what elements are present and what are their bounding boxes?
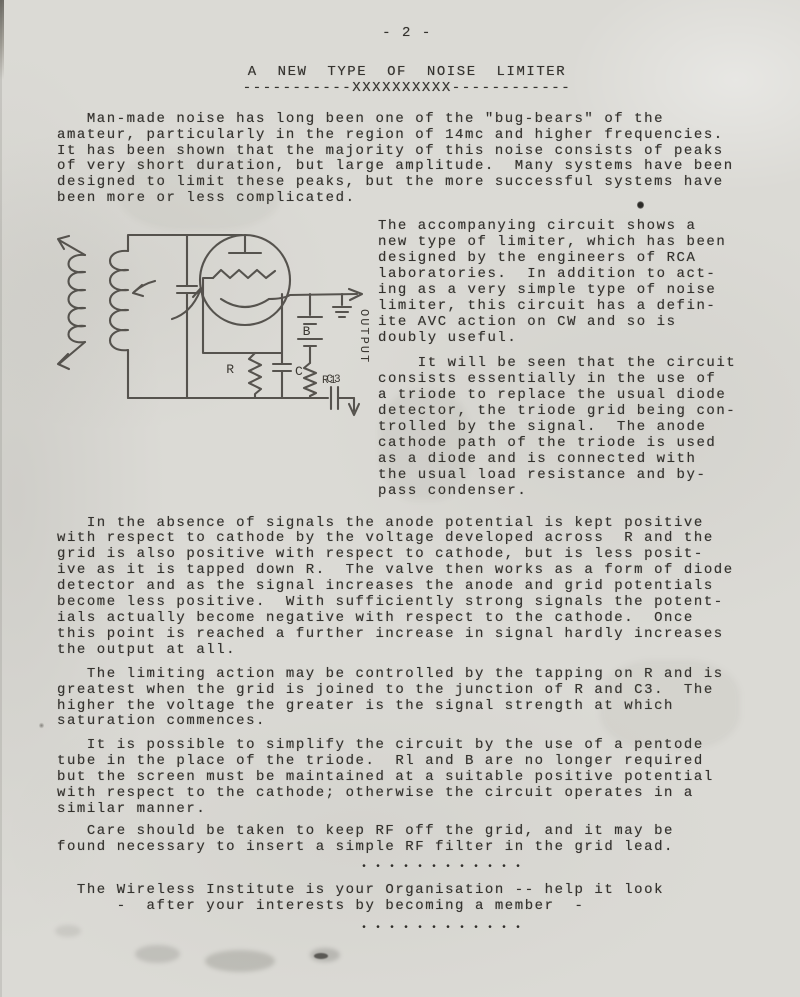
- paragraph-absence-of-signals: In the absence of signals the anode pote…: [57, 516, 757, 659]
- title-underline: -----------XXXXXXXXXX------------: [57, 81, 757, 97]
- triode-tube: [200, 235, 290, 325]
- scan-edge-shadow: [0, 0, 2, 997]
- label-capacitor-c: C: [295, 364, 304, 379]
- paragraph-rf-care: Care should be taken to keep RF off the …: [57, 824, 757, 856]
- membership-message: The Wireless Institute is your Organisat…: [57, 883, 757, 915]
- resistor-r: [249, 353, 261, 398]
- scan-smudge: [205, 950, 275, 972]
- scan-smudge: [600, 660, 740, 750]
- scan-smudge: [135, 945, 180, 963]
- scanned-page: - 2 - A NEW TYPE OF NOISE LIMITER ------…: [0, 0, 800, 997]
- grid-tap-wire: [203, 278, 282, 353]
- bypass-capacitor-c: [273, 294, 291, 398]
- scan-smudge: [120, 150, 280, 230]
- label-battery-b: B: [303, 324, 312, 339]
- scan-smudge: [55, 925, 81, 937]
- paragraph-pentode-option: It is possible to simplify the circuit b…: [57, 738, 757, 818]
- ground-symbol: [333, 294, 351, 317]
- scan-smudge: [314, 953, 328, 959]
- label-capacitor-c3: C3: [326, 374, 341, 386]
- resistor-r1: [304, 363, 316, 398]
- scan-smudge: [380, 390, 470, 500]
- page-title: A NEW TYPE OF NOISE LIMITER: [57, 65, 757, 81]
- ink-blot: [637, 201, 644, 209]
- dotted-separator: • • • • • • • • • • • •: [57, 922, 757, 936]
- output-label: OUTPUT: [357, 309, 371, 364]
- noise-limiter-circuit-drawing: R C B R1 C3 OUTPUT: [45, 223, 375, 423]
- dotted-separator: • • • • • • • • • • • •: [57, 861, 757, 875]
- scan-speck: [39, 722, 44, 729]
- circuit-diagram-figure: R C B R1 C3 OUTPUT: [57, 219, 378, 511]
- label-resistor-r: R: [226, 362, 235, 377]
- output-arrow: [349, 398, 359, 415]
- antenna-coil: [58, 236, 85, 369]
- variable-capacitor: [172, 235, 203, 398]
- page-number: - 2 -: [57, 26, 757, 42]
